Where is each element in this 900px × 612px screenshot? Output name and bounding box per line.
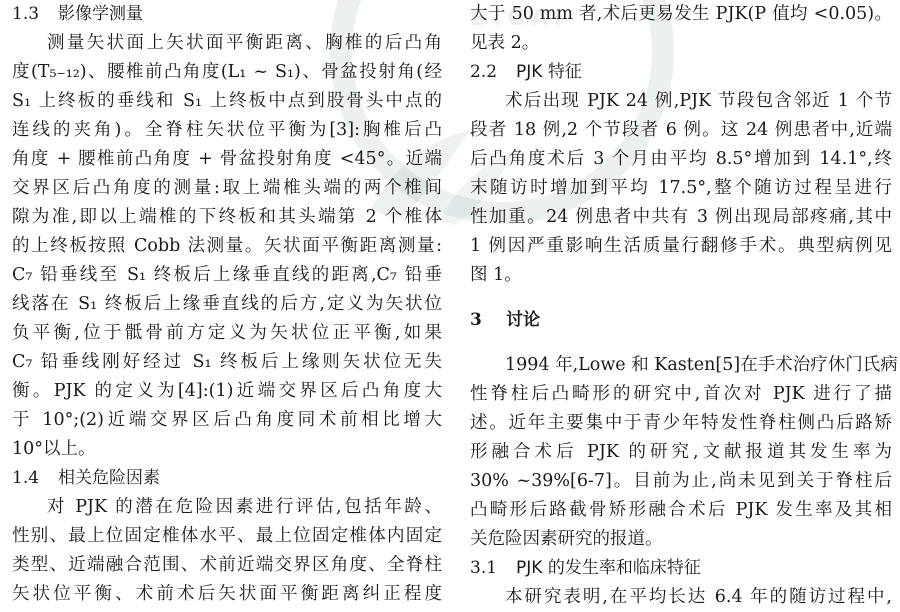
paragraph-line: 凸畸形后路截骨矫形融合术后 PJK 发生率及其相: [470, 496, 892, 525]
left-column: 1.3影像学测量 测量矢状面上矢状面平衡距离、胸椎的后凸角 度(T₅₋₁₂)、腰…: [12, 0, 442, 609]
paragraph-line: 度(T₅₋₁₂)、腰椎前凸角度(L₁ ~ S₁)、骨盆投射角(经: [12, 58, 442, 87]
section-number: 3: [470, 306, 506, 335]
paragraph-line: C₇ 铅垂线至 S₁ 终板后上缘垂直线的距离,C₇ 铅垂: [12, 261, 442, 290]
section-title: 影像学测量: [58, 4, 143, 24]
section-number: 3.1: [470, 554, 516, 583]
section-title: PJK 的发生率和临床特征: [516, 558, 701, 578]
section-number: 1.3: [12, 0, 58, 29]
paragraph-line: 于 10°;(2)近端交界区后凸角度同术前相比增大: [12, 406, 442, 435]
paragraph-line: 1 例因严重影响生活质量行翻修手术。典型病例见: [470, 232, 892, 261]
section-number: 2.2: [470, 58, 516, 87]
paragraph-line: 对 PJK 的潜在危险因素进行评估,包括年龄、: [12, 493, 442, 522]
section-heading-3: 3讨论: [470, 306, 892, 335]
section-title: PJK 特征: [516, 62, 582, 82]
section-title: 讨论: [506, 310, 540, 330]
paragraph-line: 交界区后凸角度的测量:取上端椎头端的两个椎间: [12, 174, 442, 203]
section-heading-3-1: 3.1PJK 的发生率和临床特征: [470, 554, 892, 583]
spacer: [470, 335, 892, 351]
paragraph-line: 述。近年主要集中于青少年特发性脊柱侧凸后路矫: [470, 409, 892, 438]
paragraph-line: 性加重。24 例患者中共有 3 例出现局部疼痛,其中: [470, 203, 892, 232]
paragraph-line: 的上终板按照 Cobb 法测量。矢状面平衡距离测量:: [12, 232, 442, 261]
paragraph-line: 角度 + 腰椎前凸角度 + 骨盆投射角度 <45°。近端: [12, 145, 442, 174]
right-column: 大于 50 mm 者,术后更易发生 PJK(P 值均 <0.05)。 见表 2。…: [470, 0, 892, 612]
paragraph-line: 测量矢状面上矢状面平衡距离、胸椎的后凸角: [12, 29, 442, 58]
paragraph-line: 本研究表明,在平均长达 6.4 年的随访过程中,: [470, 583, 892, 612]
paragraph-line: 术后出现 PJK 24 例,PJK 节段包含邻近 1 个节: [470, 87, 892, 116]
section-number: 1.4: [12, 464, 58, 493]
spacer: [470, 290, 892, 306]
section-title: 相关危险因素: [58, 468, 160, 488]
section-heading-1-3: 1.3影像学测量: [12, 0, 442, 29]
paragraph-line: C₇ 铅垂线刚好经过 S₁ 终板后上缘则矢状位无失: [12, 348, 442, 377]
paragraph-line: 段者 18 例,2 个节段者 6 例。这 24 例患者中,近端: [470, 116, 892, 145]
paragraph-line: 类型、近端融合范围、术前近端交界区角度、全脊柱: [12, 551, 442, 580]
paragraph-line: 性别、最上位固定椎体水平、最上位固定椎体内固定: [12, 522, 442, 551]
paragraph-line: 衡。PJK 的定义为[4]:(1)近端交界区后凸角度大: [12, 377, 442, 406]
paragraph-line: 性脊柱后凸畸形的研究中,首次对 PJK 进行了描: [470, 380, 892, 409]
paragraph-line: 1994 年,Lowe 和 Kasten[5]在手术治疗休门氏病: [470, 351, 892, 380]
section-heading-2-2: 2.2PJK 特征: [470, 58, 892, 87]
paragraph-line: 形融合术后 PJK 的研究,文献报道其发生率为: [470, 438, 892, 467]
paragraph-line: 关危险因素研究的报道。: [470, 525, 892, 554]
paragraph-line: 末随访时增加到平均 17.5°,整个随访过程呈进行: [470, 174, 892, 203]
paragraph-line: 图 1。: [470, 261, 892, 290]
paragraph-line: 矢状位平衡、术前术后矢状面平衡距离纠正程度: [12, 580, 442, 609]
paragraph-line: 后凸角度术后 3 个月由平均 8.5°增加到 14.1°,终: [470, 145, 892, 174]
paragraph-line: 30% ~39%[6-7]。目前为止,尚未见到关于脊柱后: [470, 467, 892, 496]
paragraph-line: S₁ 上终板的垂线和 S₁ 上终板中点到股骨头中点的: [12, 87, 442, 116]
section-heading-1-4: 1.4相关危险因素: [12, 464, 442, 493]
paragraph-line: 见表 2。: [470, 29, 892, 58]
paragraph-line: 线落在 S₁ 终板后上缘垂直线的后方,定义为矢状位: [12, 290, 442, 319]
paragraph-line: 连线的夹角)。全脊柱矢状位平衡为[3]:胸椎后凸: [12, 116, 442, 145]
paragraph-line: 10°以上。: [12, 435, 442, 464]
paragraph-line: 大于 50 mm 者,术后更易发生 PJK(P 值均 <0.05)。: [470, 0, 892, 29]
paragraph-line: 隙为准,即以上端椎的下终板和其头端第 2 个椎体: [12, 203, 442, 232]
paragraph-line: 负平衡,位于骶骨前方定义为矢状位正平衡,如果: [12, 319, 442, 348]
